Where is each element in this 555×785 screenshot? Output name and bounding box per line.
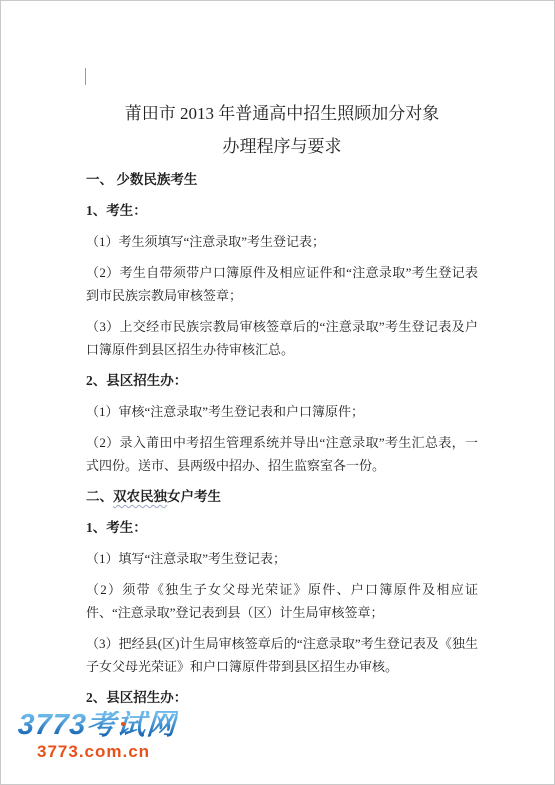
- section1-sub1-heading: 1、考生：: [86, 199, 478, 222]
- paragraph: （2）考生自带须带户口簿原件及相应证件和“注意录取”考生登记表到市民族宗教局审核…: [86, 261, 478, 307]
- page-title-line2: 办理程序与要求: [86, 135, 478, 159]
- section1-heading: 一、 少数民族考生: [86, 168, 478, 191]
- document-body: 莆田市 2013 年普通高中招生照顾加分对象 办理程序与要求 一、 少数民族考生…: [86, 102, 478, 717]
- section2-sub2-heading: 2、县区招生办：: [86, 686, 478, 709]
- section2-heading-spellcheck-underline: 双农民独: [113, 489, 167, 504]
- section2-heading-rest: 女户考生: [167, 489, 221, 504]
- text-cursor: [85, 68, 86, 85]
- section2-heading-prefix: 二、: [86, 489, 113, 504]
- paragraph: （2）须带《独生子女父母光荣证》原件、户口簿原件及相应证件、“注意录取”登记表到…: [86, 578, 478, 624]
- section2-sub1-heading: 1、考生：: [86, 516, 478, 539]
- paragraph: （3）上交经市民族宗教局审核签章后的“注意录取”考生登记表及户口簿原件到县区招生…: [86, 315, 478, 361]
- paragraph: （1）审核“注意录取”考生登记表和户口簿原件；: [86, 400, 478, 423]
- paragraph: （1）考生须填写“注意录取”考生登记表；: [86, 230, 478, 253]
- section1-sub2-heading: 2、县区招生办：: [86, 369, 478, 392]
- paragraph: （3）把经县(区)计生局审核签章后的“注意录取”考生登记表及《独生子女父母光荣证…: [86, 632, 478, 678]
- section2-heading: 二、双农民独女户考生: [86, 485, 478, 508]
- paragraph: （2）录入莆田中考招生管理系统并导出“注意录取”考生汇总表，一式四份。送市、县两…: [86, 431, 478, 477]
- site-url-text: 3773.com.cn: [37, 743, 177, 760]
- paragraph: （1）填写“注意录取”考生登记表；: [86, 547, 478, 570]
- page-title-line1: 莆田市 2013 年普通高中招生照顾加分对象: [86, 102, 478, 126]
- document-page: 莆田市 2013 年普通高中招生照顾加分对象 办理程序与要求 一、 少数民族考生…: [0, 0, 555, 785]
- site-logo-text: 3773考试网: [17, 711, 178, 740]
- site-watermark-logo: 3773考试网 3773.com.cn: [18, 711, 177, 760]
- logo-accent-dot-icon: [121, 722, 125, 726]
